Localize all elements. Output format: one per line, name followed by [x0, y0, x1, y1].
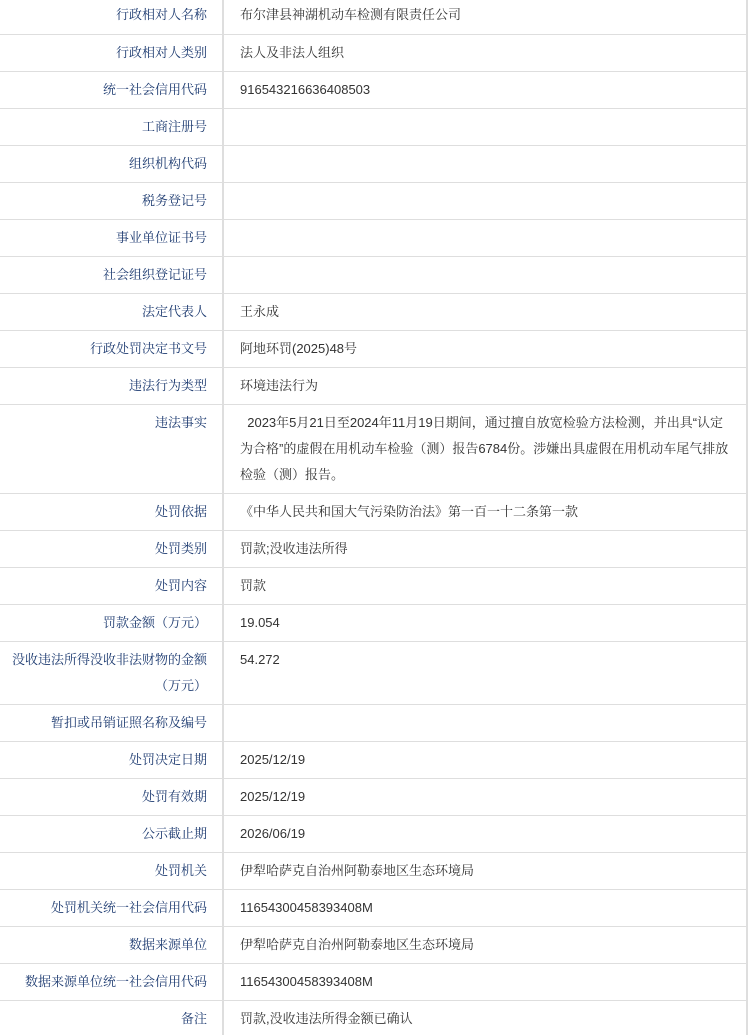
value-credit-code: 916543216636408503 — [223, 71, 747, 108]
value-org-code — [223, 145, 747, 182]
value-fine-amount: 19.054 — [223, 604, 747, 641]
label-tax-reg-no: 税务登记号 — [0, 182, 223, 219]
row-penalty-basis: 处罚依据 《中华人民共和国大气污染防治法》第一百一十二条第一款 — [0, 493, 747, 530]
label-credit-code: 统一社会信用代码 — [0, 71, 223, 108]
label-data-source-credit-code: 数据来源单位统一社会信用代码 — [0, 963, 223, 1000]
value-confiscation-amount: 54.272 — [223, 641, 747, 704]
row-decision-doc-no: 行政处罚决定书文号 阿地环罚(2025)48号 — [0, 330, 747, 367]
value-decision-doc-no: 阿地环罚(2025)48号 — [223, 330, 747, 367]
row-fine-amount: 罚款金额（万元） 19.054 — [0, 604, 747, 641]
row-data-source: 数据来源单位 伊犁哈萨克自治州阿勒泰地区生态环境局 — [0, 926, 747, 963]
label-party-category: 行政相对人类别 — [0, 34, 223, 71]
value-authority-credit-code: 11654300458393408M — [223, 889, 747, 926]
label-institution-cert-no: 事业单位证书号 — [0, 219, 223, 256]
row-business-reg-no: 工商注册号 — [0, 108, 747, 145]
value-penalty-basis: 《中华人民共和国大气污染防治法》第一百一十二条第一款 — [223, 493, 747, 530]
value-penalty-category: 罚款;没收违法所得 — [223, 530, 747, 567]
label-validity-date: 处罚有效期 — [0, 778, 223, 815]
label-violation-type: 违法行为类型 — [0, 367, 223, 404]
value-validity-date: 2025/12/19 — [223, 778, 747, 815]
value-tax-reg-no — [223, 182, 747, 219]
label-social-org-reg-no: 社会组织登记证号 — [0, 256, 223, 293]
label-authority-credit-code: 处罚机关统一社会信用代码 — [0, 889, 223, 926]
row-penalty-content: 处罚内容 罚款 — [0, 567, 747, 604]
row-social-org-reg-no: 社会组织登记证号 — [0, 256, 747, 293]
label-violation-facts: 违法事实 — [0, 404, 223, 493]
row-party-category: 行政相对人类别 法人及非法人组织 — [0, 34, 747, 71]
value-penalty-authority: 伊犁哈萨克自治州阿勒泰地区生态环境局 — [223, 852, 747, 889]
label-penalty-category: 处罚类别 — [0, 530, 223, 567]
value-license-suspension — [223, 704, 747, 741]
row-remarks: 备注 罚款,没收违法所得金额已确认 — [0, 1000, 747, 1035]
row-violation-facts: 违法事实 2023年5月21日至2024年11月19日期间，通过擅自放宽检验方法… — [0, 404, 747, 493]
value-data-source: 伊犁哈萨克自治州阿勒泰地区生态环境局 — [223, 926, 747, 963]
label-penalty-basis: 处罚依据 — [0, 493, 223, 530]
label-legal-rep: 法定代表人 — [0, 293, 223, 330]
value-remarks: 罚款,没收违法所得金额已确认 — [223, 1000, 747, 1035]
value-decision-date: 2025/12/19 — [223, 741, 747, 778]
value-social-org-reg-no — [223, 256, 747, 293]
label-business-reg-no: 工商注册号 — [0, 108, 223, 145]
value-data-source-credit-code: 11654300458393408M — [223, 963, 747, 1000]
row-violation-type: 违法行为类型 环境违法行为 — [0, 367, 747, 404]
label-decision-date: 处罚决定日期 — [0, 741, 223, 778]
row-party-name: 行政相对人名称 布尔津县神湖机动车检测有限责任公司 — [0, 0, 747, 34]
row-decision-date: 处罚决定日期 2025/12/19 — [0, 741, 747, 778]
value-legal-rep: 王永成 — [223, 293, 747, 330]
row-authority-credit-code: 处罚机关统一社会信用代码 11654300458393408M — [0, 889, 747, 926]
label-remarks: 备注 — [0, 1000, 223, 1035]
label-license-suspension: 暂扣或吊销证照名称及编号 — [0, 704, 223, 741]
label-fine-amount: 罚款金额（万元） — [0, 604, 223, 641]
row-confiscation-amount: 没收违法所得没收非法财物的金额（万元） 54.272 — [0, 641, 747, 704]
row-publicity-deadline: 公示截止期 2026/06/19 — [0, 815, 747, 852]
value-party-category: 法人及非法人组织 — [223, 34, 747, 71]
label-publicity-deadline: 公示截止期 — [0, 815, 223, 852]
label-party-name: 行政相对人名称 — [0, 0, 223, 34]
row-tax-reg-no: 税务登记号 — [0, 182, 747, 219]
row-license-suspension: 暂扣或吊销证照名称及编号 — [0, 704, 747, 741]
label-data-source: 数据来源单位 — [0, 926, 223, 963]
value-institution-cert-no — [223, 219, 747, 256]
row-legal-rep: 法定代表人 王永成 — [0, 293, 747, 330]
value-violation-facts: 2023年5月21日至2024年11月19日期间，通过擅自放宽检验方法检测，并出… — [223, 404, 747, 493]
value-penalty-content: 罚款 — [223, 567, 747, 604]
row-validity-date: 处罚有效期 2025/12/19 — [0, 778, 747, 815]
label-penalty-authority: 处罚机关 — [0, 852, 223, 889]
row-penalty-category: 处罚类别 罚款;没收违法所得 — [0, 530, 747, 567]
penalty-detail-table: 行政相对人名称 布尔津县神湖机动车检测有限责任公司 行政相对人类别 法人及非法人… — [0, 0, 748, 1035]
value-business-reg-no — [223, 108, 747, 145]
label-decision-doc-no: 行政处罚决定书文号 — [0, 330, 223, 367]
row-penalty-authority: 处罚机关 伊犁哈萨克自治州阿勒泰地区生态环境局 — [0, 852, 747, 889]
row-credit-code: 统一社会信用代码 916543216636408503 — [0, 71, 747, 108]
label-confiscation-amount: 没收违法所得没收非法财物的金额（万元） — [0, 641, 223, 704]
row-institution-cert-no: 事业单位证书号 — [0, 219, 747, 256]
value-party-name: 布尔津县神湖机动车检测有限责任公司 — [223, 0, 747, 34]
label-penalty-content: 处罚内容 — [0, 567, 223, 604]
row-org-code: 组织机构代码 — [0, 145, 747, 182]
row-data-source-credit-code: 数据来源单位统一社会信用代码 11654300458393408M — [0, 963, 747, 1000]
label-org-code: 组织机构代码 — [0, 145, 223, 182]
value-violation-type: 环境违法行为 — [223, 367, 747, 404]
value-publicity-deadline: 2026/06/19 — [223, 815, 747, 852]
